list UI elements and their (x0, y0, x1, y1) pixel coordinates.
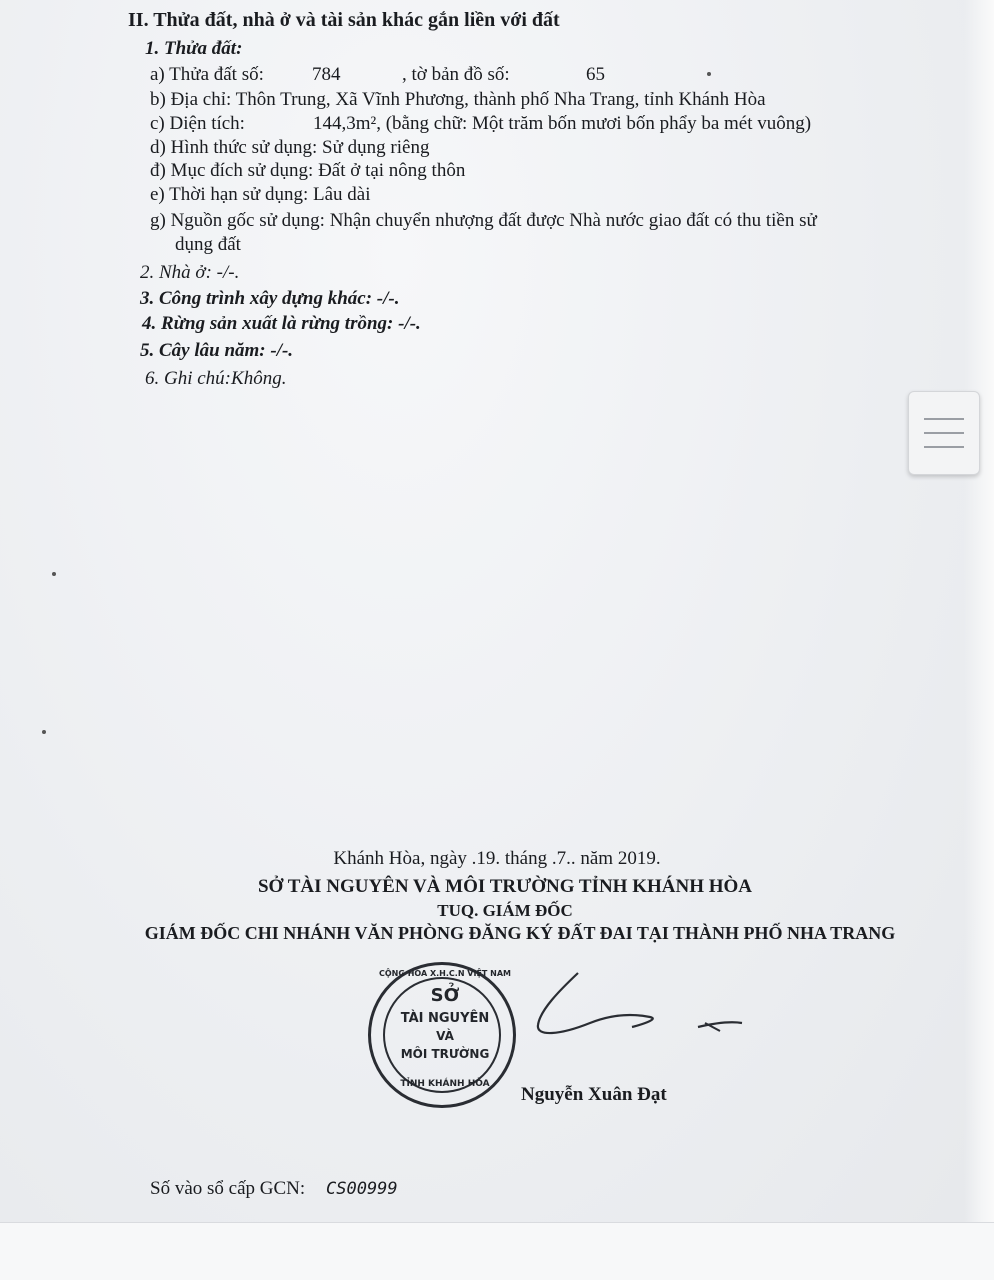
director-title: GIÁM ĐỐC CHI NHÁNH VĂN PHÒNG ĐĂNG KÝ ĐẤT… (0, 922, 994, 944)
page-edge (964, 0, 994, 1280)
page-bottom-band (0, 1222, 994, 1280)
property-item: 4. Rừng sản xuất là rừng trồng: -/-. (142, 313, 421, 335)
usage-form: d) Hình thức sử dụng: Sử dụng riêng (150, 137, 429, 159)
date-line: Khánh Hòa, ngày .19. tháng .7.. năm 2019… (0, 848, 994, 870)
origin-line-2: dụng đất (175, 234, 241, 256)
item-label: 3. Công trình xây dựng khác: (140, 288, 372, 309)
parcel-label: a) Thửa đất số: (150, 64, 264, 86)
item-value: -/-. (393, 313, 420, 334)
signer-name: Nguyễn Xuân Đạt (521, 1084, 667, 1106)
usage-purpose: đ) Mục đích sử dụng: Đất ở tại nông thôn (150, 160, 465, 182)
map-label: , tờ bản đồ số: (402, 64, 510, 86)
official-stamp: SỞ TÀI NGUYÊN VÀ MÔI TRƯỜNG TỈNH KHÁNH H… (368, 962, 516, 1108)
origin-line-1: g) Nguồn gốc sử dụng: Nhận chuyển nhượng… (150, 210, 817, 232)
property-item: 2. Nhà ở: -/-. (140, 262, 239, 284)
address: b) Địa chỉ: Thôn Trung, Xã Vĩnh Phương, … (150, 89, 766, 111)
parcel-number: 784 (312, 64, 341, 86)
signature (520, 965, 760, 1055)
item-value: -/-. (266, 340, 293, 361)
item-label: 5. Cây lâu năm: (140, 340, 266, 361)
tuq-label: TUQ. GIÁM ĐỐC (0, 900, 994, 922)
item-label: 4. Rừng sản xuất là rừng trồng: (142, 313, 393, 334)
item-label: 2. Nhà ở: (140, 262, 212, 283)
hamburger-menu-icon (924, 418, 964, 420)
registry-label: Số vào sổ cấp GCN: (150, 1178, 305, 1200)
area-value: 144,3m², (bằng chữ: Một trăm bốn mươi bố… (313, 113, 811, 135)
property-item: 6. Ghi chú:Không. (145, 368, 286, 390)
map-number: 65 (586, 64, 605, 86)
usage-term: e) Thời hạn sử dụng: Lâu dài (150, 184, 371, 206)
agency-name: SỞ TÀI NGUYÊN VÀ MÔI TRƯỜNG TỈNH KHÁNH H… (0, 876, 994, 898)
item-value: Không. (231, 368, 286, 389)
property-item: 5. Cây lâu năm: -/-. (140, 340, 293, 362)
item-value: -/-. (212, 262, 239, 283)
area-label: c) Diện tích: (150, 113, 245, 135)
item-label: 6. Ghi chú: (145, 368, 231, 389)
land-heading: 1. Thửa đất: (145, 38, 242, 60)
menu-button[interactable] (908, 391, 980, 475)
item-value: -/-. (372, 288, 399, 309)
section-title: II. Thửa đất, nhà ở và tài sản khác gắn … (128, 9, 560, 31)
property-item: 3. Công trình xây dựng khác: -/-. (140, 288, 399, 310)
registry-number: CS00999 (326, 1178, 398, 1200)
